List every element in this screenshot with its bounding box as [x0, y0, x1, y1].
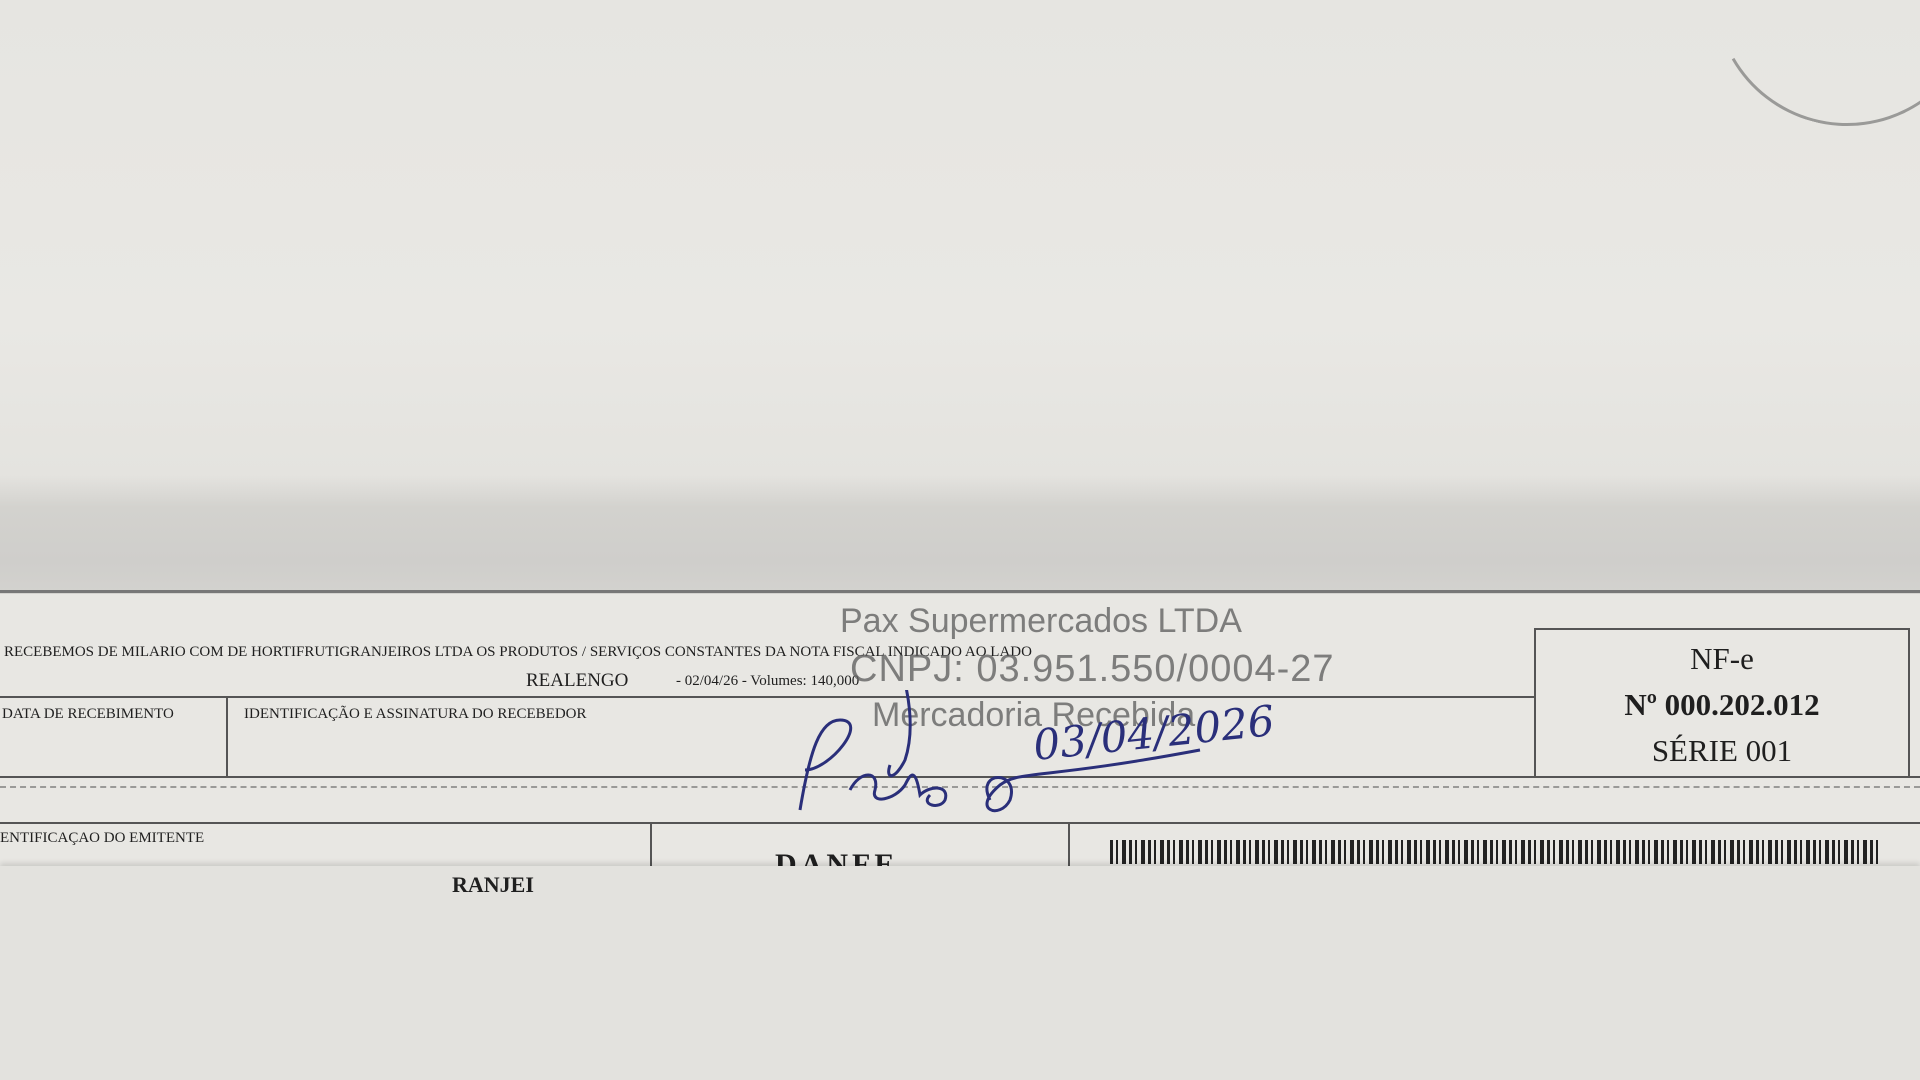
- stamp-cnpj: CNPJ: 03.951.550/0004-27: [850, 648, 1335, 691]
- handwritten-signature-and-date: 03/04/2026: [700, 690, 1400, 830]
- nfe-number: Nº 000.202.012: [1536, 682, 1908, 728]
- danfe-title: DANFE: [775, 848, 898, 866]
- nfe-series: SÉRIE 001: [1536, 728, 1908, 774]
- location: REALENGO: [526, 670, 628, 692]
- fold-edge: [0, 590, 1920, 593]
- nfe-title: NF-e: [1536, 636, 1908, 682]
- nfe-box: NF-e Nº 000.202.012 SÉRIE 001: [1534, 628, 1910, 778]
- issuer-id-label: ENTIFICAÇAO DO EMITENTE: [0, 830, 204, 847]
- stamp-company: Pax Supermercados LTDA: [840, 602, 1242, 641]
- column-divider: [226, 696, 228, 776]
- torn-fragment-text: RANJEI: [452, 872, 534, 898]
- receiver-signature-label: IDENTIFICAÇÃO E ASSINATURA DO RECEBEDOR: [244, 706, 587, 723]
- column-divider: [650, 822, 652, 866]
- receipt-date-label: DATA DE RECEBIMENTO: [2, 706, 174, 723]
- torn-paper-overlay: [0, 866, 1920, 1080]
- barcode: [1110, 840, 1880, 864]
- paper-corner-fold: [1684, 0, 1920, 156]
- date-volumes: - 02/04/26 - Volumes: 140,000: [676, 673, 859, 690]
